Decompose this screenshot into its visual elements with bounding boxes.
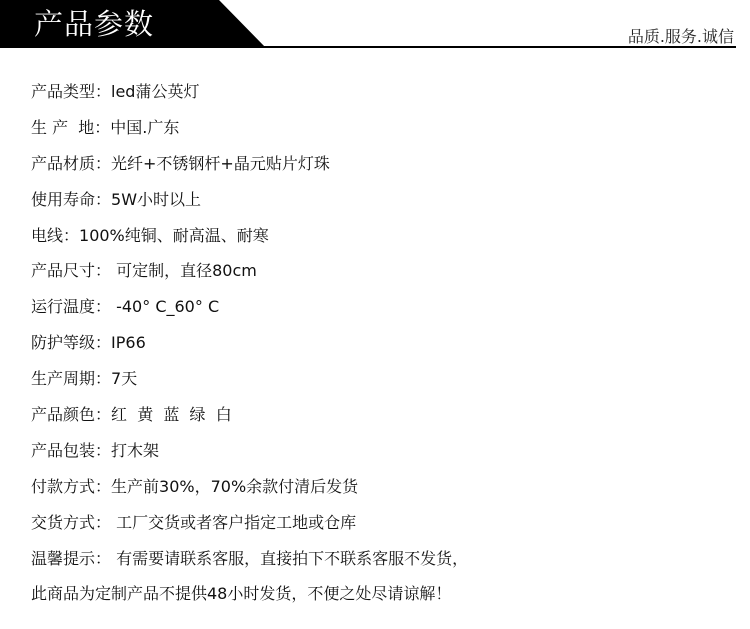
spec-value: -40° C_60° C: [111, 297, 219, 316]
spec-value: 有需要请联系客服，直接拍下不联系客服不发货，: [111, 549, 468, 568]
spec-row-notice: 温馨提示： 有需要请联系客服，直接拍下不联系客服不发货，: [31, 547, 468, 583]
spec-row-notice-continued: 此商品为定制产品不提供48小时发货，不便之处尽请谅解！: [31, 582, 468, 618]
spec-value: 工厂交货或者客户指定工地或仓库: [111, 513, 356, 532]
spec-row-material: 产品材质：光纤+不锈钢杆+晶元贴片灯珠: [31, 152, 468, 188]
spec-value: 中国.广东: [110, 118, 179, 137]
section-header: 产品参数 品质.服务.诚信: [0, 0, 750, 50]
spec-label: 电线：: [31, 226, 79, 245]
spec-label: 温馨提示：: [31, 549, 111, 568]
spec-value: 7天: [111, 369, 137, 388]
spec-row-size: 产品尺寸： 可定制，直径80cm: [31, 259, 468, 295]
spec-label: 产品尺寸：: [31, 261, 111, 280]
spec-value: 此商品为定制产品不提供48小时发货，不便之处尽请谅解！: [31, 584, 451, 603]
spec-label: 付款方式：: [31, 477, 111, 496]
spec-value: led蒲公英灯: [111, 82, 199, 101]
section-title: 产品参数: [34, 6, 154, 42]
spec-row-delivery: 交货方式： 工厂交货或者客户指定工地或仓库: [31, 511, 468, 547]
spec-row-packaging: 产品包装：打木架: [31, 439, 468, 475]
spec-value: 可定制，直径80cm: [111, 261, 257, 280]
spec-row-protection: 防护等级：IP66: [31, 331, 468, 367]
spec-value: 红 黄 蓝 绿 白: [111, 405, 232, 424]
spec-row-colors: 产品颜色：红 黄 蓝 绿 白: [31, 403, 468, 439]
spec-label: 交货方式：: [31, 513, 111, 532]
spec-label: 产品类型：: [31, 82, 111, 101]
spec-value: IP66: [111, 333, 146, 352]
spec-value: 5W小时以上: [111, 190, 201, 209]
spec-row-payment: 付款方式：生产前30%，70%余款付清后发货: [31, 475, 468, 511]
spec-list: 产品类型：led蒲公英灯 生 产 地：中国.广东 产品材质：光纤+不锈钢杆+晶元…: [31, 80, 468, 618]
spec-label: 防护等级：: [31, 333, 111, 352]
spec-label: 产品材质：: [31, 154, 111, 173]
spec-row-lifespan: 使用寿命：5W小时以上: [31, 188, 468, 224]
spec-label: 生产周期：: [31, 369, 111, 388]
spec-value: 打木架: [111, 441, 159, 460]
header-divider: [0, 46, 736, 48]
spec-row-type: 产品类型：led蒲公英灯: [31, 80, 468, 116]
spec-label: 使用寿命：: [31, 190, 111, 209]
spec-label: 产品包装：: [31, 441, 111, 460]
spec-value: 光纤+不锈钢杆+晶元贴片灯珠: [111, 154, 330, 173]
spec-row-wire: 电线：100%纯铜、耐高温、耐寒: [31, 224, 468, 260]
spec-row-cycle: 生产周期：7天: [31, 367, 468, 403]
spec-row-origin: 生 产 地：中国.广东: [31, 116, 468, 152]
spec-value: 100%纯铜、耐高温、耐寒: [79, 226, 269, 245]
spec-label: 产品颜色：: [31, 405, 111, 424]
spec-row-temperature: 运行温度： -40° C_60° C: [31, 295, 468, 331]
spec-value: 生产前30%，70%余款付清后发货: [111, 477, 358, 496]
spec-label: 运行温度：: [31, 297, 111, 316]
spec-label: 生 产 地：: [31, 118, 110, 137]
header-slogan: 品质.服务.诚信: [628, 27, 734, 47]
